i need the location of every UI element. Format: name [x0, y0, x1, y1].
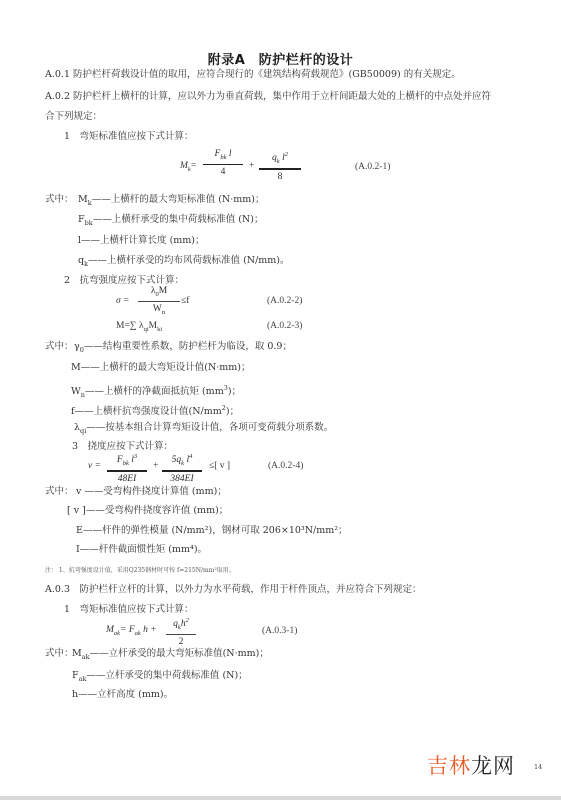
- eq1-lhs: Mk=: [180, 161, 196, 173]
- bottom-edge: [0, 796, 561, 800]
- def-h: h——立杆高度 (mm)。: [72, 689, 173, 701]
- footnote: 注： 1、抗弯强度设计值，采用Q235钢材时可按 f=215N/mm²取用。: [45, 565, 235, 574]
- eq4-fraction-1: Fbk l3 48EI: [107, 451, 147, 485]
- def-lambda-qi: λqi——按基本组合计算弯矩设计值，各项可变荷载分项系数。: [74, 422, 333, 437]
- eq4-label: (A.0.2-4): [268, 461, 303, 471]
- def-l: l——上横杆计算长度 (mm)；: [78, 235, 205, 247]
- document-page: 附录A 防护栏杆的设计 A.0.1 防护栏杆荷载设计值的取用，应符合现行的《建筑…: [0, 0, 561, 800]
- def-i: I——杆件截面惯性矩 (mm⁴)。: [76, 544, 207, 556]
- def-mak: Mak——立杆承受的最大弯矩标准值(N·mm)；: [72, 648, 269, 663]
- def-fbk: Fbk——上横杆承受的集中荷载标准值 (N)；: [78, 214, 263, 229]
- site-watermark: 吉林龙网: [427, 750, 515, 780]
- eq1-fraction-2: qk l2 8: [259, 149, 301, 183]
- eq2-lhs: σ =: [116, 296, 129, 306]
- def-prefix: 式中：: [45, 486, 74, 498]
- eq4-rhs: ≤[ v ]: [209, 461, 230, 471]
- eq4-lhs: v =: [88, 461, 101, 471]
- def-v: v ——受弯构件挠度计算值 (mm)；: [76, 486, 227, 498]
- def-prefix: 式中：: [45, 341, 74, 353]
- eq2-fraction: λ0M Wn: [138, 286, 180, 318]
- page-number: 14: [534, 763, 542, 771]
- def-wn: Wn——上横杆的净截面抵抗矩 (mm3)；: [71, 382, 241, 401]
- eq2-rhs: ≤f: [181, 296, 189, 306]
- def-prefix: 式中：: [45, 194, 74, 206]
- def-mk: Mk——上横杆的最大弯矩标准值 (N·mm)；: [78, 194, 264, 209]
- clause-a03: A.0.3 防护栏杆立杆的计算，以外力为水平荷载，作用于杆件顶点，并应符合下列规…: [45, 584, 422, 596]
- def-e: E——杆件的弹性模量 (N/mm²)，钢材可取 206×10³N/mm²；: [76, 525, 348, 537]
- def-v-allow: [ v ]——受弯构件挠度容许值 (mm)；: [67, 505, 228, 517]
- eq4-fraction-2: 5qk l4 384EI: [162, 451, 202, 485]
- def-prefix: 式中：: [45, 648, 74, 660]
- clause-a01: A.0.1 防护栏杆荷载设计值的取用，应符合现行的《建筑结构荷载规范》(GB50…: [45, 69, 461, 81]
- def-gamma0: γ0——结构重要性系数，防护栏杆为临设，取 0.9；: [74, 341, 292, 356]
- eq5-label: (A.0.3-1): [262, 626, 297, 636]
- eq5-fraction: qkh2 2: [166, 615, 196, 648]
- eq3-label: (A.0.2-3): [267, 321, 302, 331]
- eq5-lhs: Mak= Fak h +: [106, 625, 157, 637]
- eq1-fraction-1: Fbk l 4: [203, 149, 243, 178]
- def-f: f——上横杆抗弯强度设计值(N/mm2)；: [71, 402, 239, 418]
- clause-a02-line2: 合下列规定：: [45, 111, 102, 123]
- item-1-heading: 1 弯矩标准值应按下式计算：: [64, 131, 194, 143]
- def-qk: qk——上横杆承受的均布风荷载标准值 (N/mm)。: [78, 255, 290, 270]
- watermark-part-2: 龙网: [471, 754, 515, 778]
- def-fak: Fak——立杆承受的集中荷载标准值 (N)；: [72, 670, 248, 685]
- watermark-part-1: 吉林: [427, 754, 471, 778]
- clause-a02-line1: A.0.2 防护栏杆上横杆的计算，应以外力为垂直荷载，集中作用于立杆间距最大处的…: [45, 91, 491, 103]
- eq3-body: M=∑ λqiMki: [116, 321, 162, 333]
- eq4-plus: +: [153, 461, 158, 471]
- page-title: 附录A 防护栏杆的设计: [0, 49, 561, 68]
- eq1-label: (A.0.2-1): [355, 162, 390, 172]
- eq1-plus: +: [249, 161, 254, 171]
- def-m: M——上横杆的最大弯矩设计值(N·mm)；: [71, 362, 251, 374]
- eq2-label: (A.0.2-2): [267, 296, 302, 306]
